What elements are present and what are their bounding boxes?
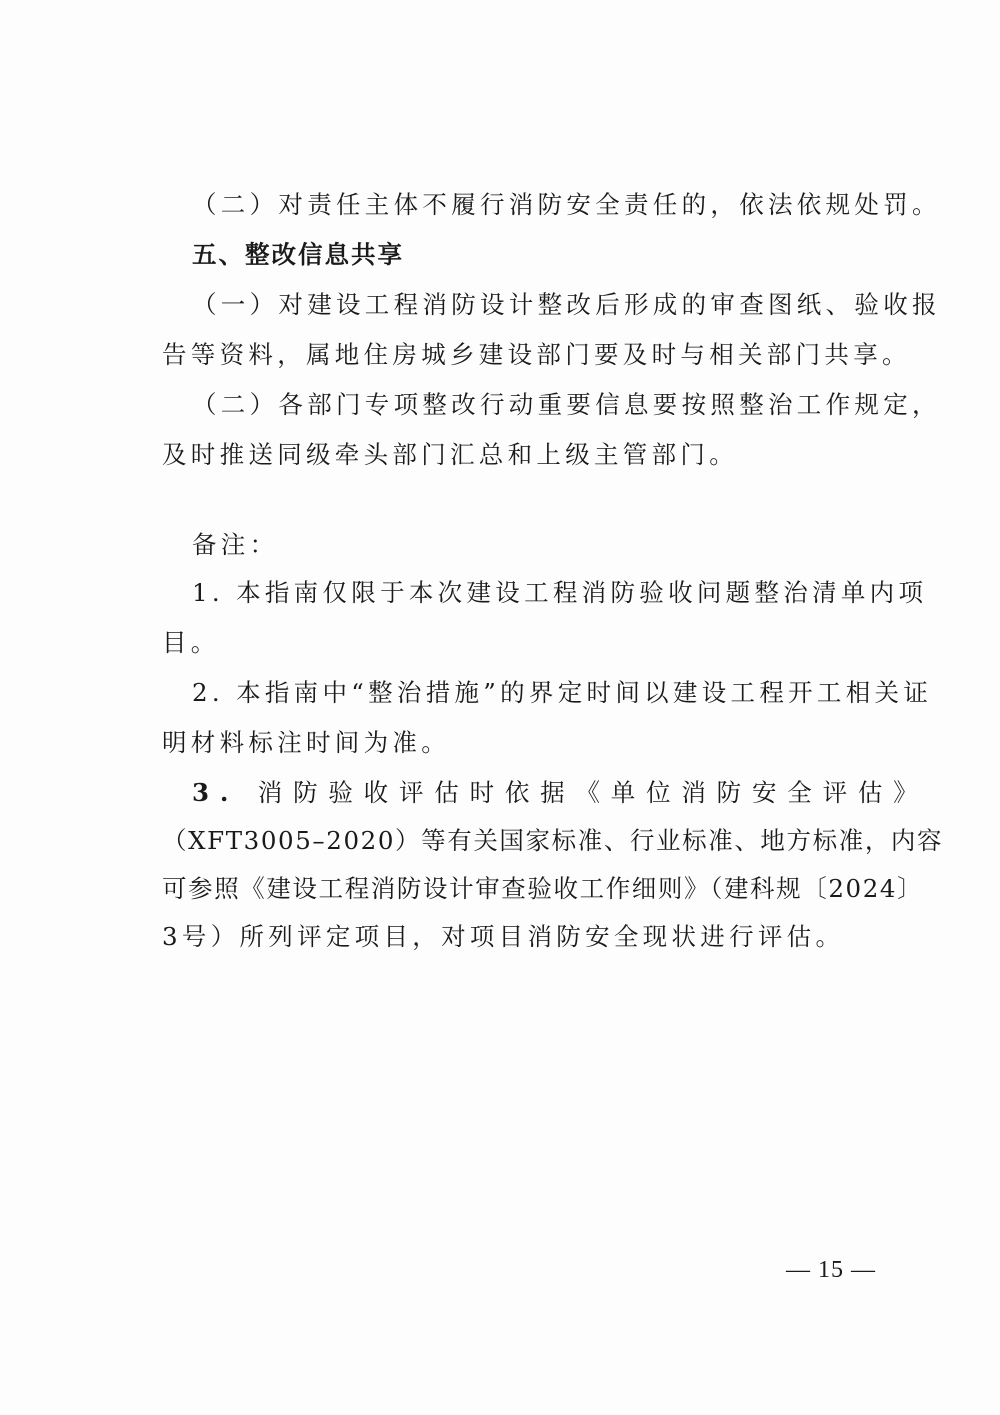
note1-number: 1. (192, 578, 224, 607)
section5-item1-line2: 告等资料，属地住房城乡建设部门要及时与相关部门共享。 (162, 340, 911, 370)
note3-line1: 3. 消防验收评估时依据《单位消防安全评估》 (192, 778, 928, 808)
note3-line3: 可参照《建设工程消防设计审查验收工作细则》（建科规〔2024〕 (162, 874, 923, 904)
note1-line2: 目。 (162, 628, 220, 658)
note2-text: 本指南中“整治措施”的界定时间以建设工程开工相关证 (236, 678, 932, 707)
note2-line1: 2. 本指南中“整治措施”的界定时间以建设工程开工相关证 (192, 678, 932, 708)
note3-line4: 3号）所列评定项目，对项目消防安全现状进行评估。 (162, 922, 844, 952)
note3-line2: （XFT3005–2020）等有关国家标准、行业标准、地方标准，内容 (162, 826, 943, 856)
section5-heading: 五、整改信息共享 (192, 240, 404, 270)
note3-text: 消防验收评估时依据《单位消防安全评估》 (258, 778, 929, 807)
note2-line2: 明材料标注时间为准。 (162, 728, 450, 758)
note3-number: 3. (192, 778, 239, 807)
notes-label: 备注： (192, 530, 278, 560)
section5-item1-line1: （一）对建设工程消防设计整改后形成的审查图纸、验收报 (192, 290, 941, 320)
section5-item2-line1: （二）各部门专项整改行动重要信息要按照整治工作规定， (192, 390, 941, 420)
document-page: （二）对责任主体不履行消防安全责任的，依法依规处罚。 五、整改信息共享 （一）对… (0, 0, 1000, 1415)
note1-text: 本指南仅限于本次建设工程消防验收问题整治清单内项 (236, 578, 927, 607)
section5-item2-line2: 及时推送同级牵头部门汇总和上级主管部门。 (162, 440, 738, 470)
page-number: — 15 — (786, 1256, 876, 1284)
section4-item2: （二）对责任主体不履行消防安全责任的，依法依规处罚。 (192, 190, 941, 220)
note2-number: 2. (192, 678, 224, 707)
note1-line1: 1. 本指南仅限于本次建设工程消防验收问题整治清单内项 (192, 578, 927, 608)
